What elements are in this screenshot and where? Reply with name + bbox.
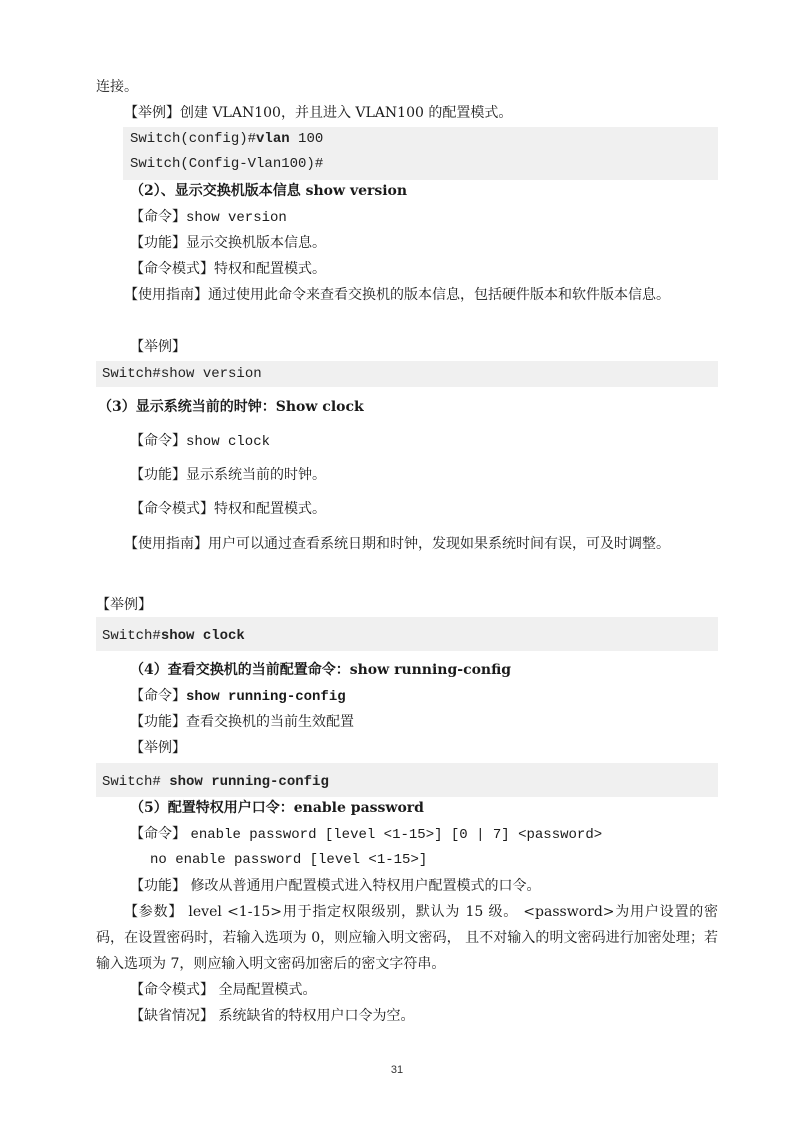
guide-text: 用户可以通过查看系统日期和时钟，发现如果系统时间有误，可及时调整。 [208, 536, 670, 552]
function-line: 【功能】 修改从普通用户配置模式进入特权用户配置模式的口令。 [130, 877, 540, 895]
command-text: enable password [level <1-15>] [0 | 7] <… [190, 827, 602, 843]
mode-text: 全局配置模式。 [218, 982, 316, 998]
example-label: 【举例】 [130, 338, 186, 356]
default-text: 系统缺省的特权用户口令为空。 [218, 1008, 414, 1024]
code-line: Switch(config)#vlan 100 [130, 130, 323, 148]
function-line: 【功能】显示交换机版本信息。 [130, 234, 326, 252]
label: 【功能】 [130, 467, 186, 483]
guide-text: 通过使用此命令来查看交换机的版本信息，包括硬件版本和软件版本信息。 [208, 287, 670, 303]
code-prompt: Switch# [102, 366, 161, 382]
mode-line: 【命令模式】特权和配置模式。 [130, 260, 326, 278]
section-heading-running-config: （4）查看交换机的当前配置命令：show running-config [130, 661, 511, 679]
label: 【命令模式】 [130, 501, 214, 517]
code-command: show running-config [169, 774, 329, 790]
code-line: Switch# show running-config [102, 773, 329, 791]
default-line: 【缺省情况】 系统缺省的特权用户口令为空。 [130, 1007, 414, 1025]
continuation-text: 连接。 [96, 78, 138, 96]
command-text: show running-config [186, 689, 346, 705]
mode-text: 特权和配置模式。 [214, 501, 326, 517]
command-line: 【命令】show clock [130, 432, 270, 451]
command-no-line: no enable password [level <1-15>] [150, 851, 427, 869]
param-text: level <1-15>用于指定权限级别，默认为 15 级。 <password… [96, 904, 718, 972]
example-label: 【举例】 [130, 739, 186, 757]
code-args: 100 [290, 131, 324, 147]
label: 【使用指南】 [124, 536, 208, 552]
function-text: 修改从普通用户配置模式进入特权用户配置模式的口令。 [190, 878, 540, 894]
code-prompt: Switch(config)# [130, 131, 256, 147]
guide-paragraph: 【使用指南】用户可以通过查看系统日期和时钟，发现如果系统时间有误，可及时调整。 [96, 528, 718, 560]
param-paragraph: 【参数】 level <1-15>用于指定权限级别，默认为 15 级。 <pas… [96, 899, 718, 977]
section-heading-show-version: （2）、显示交换机版本信息 show version [130, 182, 407, 200]
label: 【使用指南】 [124, 287, 208, 303]
code-prompt: Switch# [102, 774, 169, 790]
label: 【缺省情况】 [130, 1008, 214, 1024]
code-prompt: Switch# [102, 628, 161, 644]
function-text: 显示交换机版本信息。 [186, 235, 326, 251]
code-line: Switch#show version [102, 365, 262, 383]
label: 【命令模式】 [130, 982, 214, 998]
function-line: 【功能】显示系统当前的时钟。 [130, 466, 326, 484]
label: 【功能】 [130, 878, 186, 894]
label: 【功能】 [130, 714, 186, 730]
label: 【命令】 [130, 209, 186, 225]
section-heading-show-clock: （3）显示系统当前的时钟：Show clock [98, 398, 364, 416]
label: 【命令】 [130, 826, 186, 842]
mode-line: 【命令模式】特权和配置模式。 [130, 500, 326, 518]
command-text: show version [186, 210, 287, 226]
code-command: show version [161, 366, 262, 382]
function-text: 显示系统当前的时钟。 [186, 467, 326, 483]
function-text: 查看交换机的当前生效配置 [186, 714, 354, 730]
section-heading-enable-password: （5）配置特权用户口令：enable password [130, 799, 424, 817]
example-label: 【举例】 [96, 596, 152, 614]
vlan-example-intro: 【举例】创建 VLAN100，并且进入 VLAN100 的配置模式。 [124, 104, 512, 122]
code-command: show clock [161, 628, 245, 644]
page-number: 31 [0, 1064, 794, 1076]
mode-text: 特权和配置模式。 [214, 261, 326, 277]
code-prompt: Switch(Config-Vlan100)# [130, 156, 323, 172]
command-text: show clock [186, 434, 270, 450]
code-line: Switch#show clock [102, 627, 245, 645]
command-line: 【命令】 enable password [level <1-15>] [0 |… [130, 825, 602, 844]
function-line: 【功能】查看交换机的当前生效配置 [130, 713, 354, 731]
label: 【命令模式】 [130, 261, 214, 277]
code-line: Switch(Config-Vlan100)# [130, 155, 323, 173]
mode-line: 【命令模式】 全局配置模式。 [130, 981, 316, 999]
label: 【命令】 [130, 688, 186, 704]
command-line: 【命令】show running-config [130, 687, 346, 706]
command-line: 【命令】show version [130, 208, 287, 227]
code-command: vlan [256, 131, 290, 147]
label: 【参数】 [124, 904, 183, 920]
guide-paragraph: 【使用指南】通过使用此命令来查看交换机的版本信息，包括硬件版本和软件版本信息。 [96, 282, 718, 308]
label: 【功能】 [130, 235, 186, 251]
label: 【命令】 [130, 433, 186, 449]
